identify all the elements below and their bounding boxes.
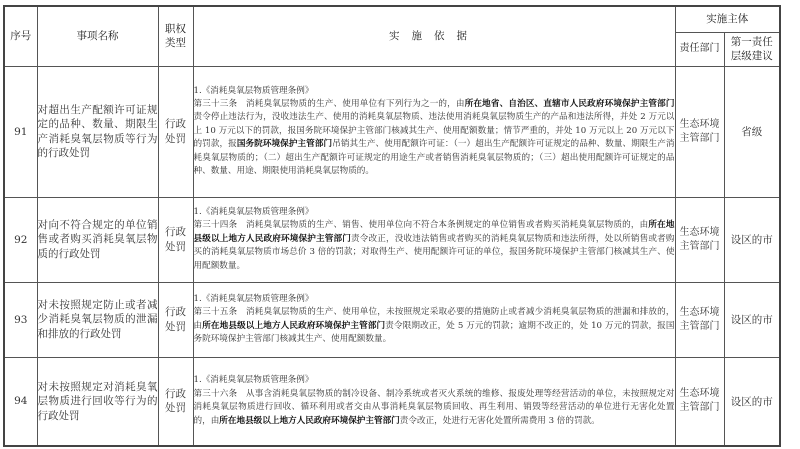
basis-text: 第三十五条 消耗臭氧层物质的生产、使用单位，未按照规定采取必要的措施防止或者减少… — [194, 307, 675, 344]
basis-title: 1.《消耗臭氧层物质管理条例》 — [194, 206, 675, 219]
row-basis: 1.《消耗臭氧层物质管理条例》第三十六条 从事含消耗臭氧层物质的制冷设备、制冷系… — [193, 357, 675, 446]
row-basis: 1.《消耗臭氧层物质管理条例》第三十五条 消耗臭氧层物质的生产、使用单位，未按照… — [193, 282, 675, 357]
basis-title: 1.《消耗臭氧层物质管理条例》 — [194, 293, 675, 306]
row-power-type: 行政处罚 — [158, 282, 193, 357]
row-basis: 1.《消耗臭氧层物质管理条例》第三十四条 消耗臭氧层物质的生产、销售、使用单位向… — [193, 197, 675, 282]
table-row: 91 对超出生产配额许可证规定的品种、数量、期限生产消耗臭氧层物质等行为的行政处… — [4, 66, 780, 197]
row-power-type: 行政处罚 — [158, 197, 193, 282]
row-index: 94 — [4, 357, 37, 446]
table-row: 93 对未按照规定防止或者减少消耗臭氧层物质的泄漏和排放的行政处罚 行政处罚 1… — [4, 282, 780, 357]
row-first-level: 设区的市 — [724, 197, 780, 282]
row-item-name: 对未按照规定防止或者减少消耗臭氧层物质的泄漏和排放的行政处罚 — [37, 282, 158, 357]
header-responsible-dept: 责任部门 — [675, 32, 724, 66]
basis-clause: 责令改正，处进行无害化处置所需费用 3 倍的罚款。 — [400, 416, 600, 426]
row-power-type: 行政处罚 — [158, 357, 193, 446]
basis-title: 1.《消耗臭氧层物质管理条例》 — [194, 85, 675, 98]
header-basis: 实施依据 — [193, 6, 675, 66]
row-item-name: 对未按照规定对消耗臭氧层物质进行回收等行为的行政处罚 — [37, 357, 158, 446]
basis-authority: 所在地县级以上地方人民政府环境保护主管部门 — [202, 321, 385, 331]
basis-title: 1.《消耗臭氧层物质管理条例》 — [194, 374, 675, 387]
row-first-level: 设区的市 — [724, 357, 780, 446]
basis-authority: 所在地省、自治区、直辖市人民政府环境保护主管部门 — [465, 99, 675, 109]
row-item-name: 对超出生产配额许可证规定的品种、数量、期限生产消耗臭氧层物质等行为的行政处罚 — [37, 66, 158, 197]
row-basis: 1.《消耗臭氧层物质管理条例》第三十三条 消耗臭氧层物质的生产、使用单位有下列行… — [193, 66, 675, 197]
header-index: 序号 — [4, 6, 37, 66]
header-item-name: 事项名称 — [37, 6, 158, 66]
header-first-level: 第一责任层级建议 — [724, 32, 780, 66]
basis-clause: 第三十三条 消耗臭氧层物质的生产、使用单位有下列行为之一的，由 — [194, 99, 465, 109]
header-power-type: 职权类型 — [158, 6, 193, 66]
row-index: 91 — [4, 66, 37, 197]
row-power-type: 行政处罚 — [158, 66, 193, 197]
row-responsible-dept: 生态环境主管部门 — [675, 197, 724, 282]
row-index: 93 — [4, 282, 37, 357]
basis-text: 第三十三条 消耗臭氧层物质的生产、使用单位有下列行为之一的，由所在地省、自治区、… — [194, 99, 675, 176]
row-item-name: 对向不符合规定的单位销售或者购买消耗臭氧层物质的行政处罚 — [37, 197, 158, 282]
row-index: 92 — [4, 197, 37, 282]
row-first-level: 设区的市 — [724, 282, 780, 357]
row-responsible-dept: 生态环境主管部门 — [675, 282, 724, 357]
header-subject-group: 实施主体 — [675, 6, 780, 32]
regulation-table: 序号 事项名称 职权类型 实施依据 实施主体 责任部门 第一责任层级建议 91 … — [3, 5, 781, 447]
basis-text: 第三十六条 从事含消耗臭氧层物质的制冷设备、制冷系统或者灭火系统的维修、报废处理… — [194, 389, 675, 426]
row-responsible-dept: 生态环境主管部门 — [675, 357, 724, 446]
row-responsible-dept: 生态环境主管部门 — [675, 66, 724, 197]
table-row: 94 对未按照规定对消耗臭氧层物质进行回收等行为的行政处罚 行政处罚 1.《消耗… — [4, 357, 780, 446]
basis-text: 第三十四条 消耗臭氧层物质的生产、销售、使用单位向不符合本条例规定的单位销售或者… — [194, 220, 675, 270]
row-first-level: 省级 — [724, 66, 780, 197]
basis-authority: 国务院环境保护主管部门 — [237, 139, 332, 149]
basis-clause: 第三十四条 消耗臭氧层物质的生产、销售、使用单位向不符合本条例规定的单位销售或者… — [194, 220, 649, 230]
table-row: 92 对向不符合规定的单位销售或者购买消耗臭氧层物质的行政处罚 行政处罚 1.《… — [4, 197, 780, 282]
basis-authority: 所在地县级以上地方人民政府环境保护主管部门 — [219, 416, 399, 426]
